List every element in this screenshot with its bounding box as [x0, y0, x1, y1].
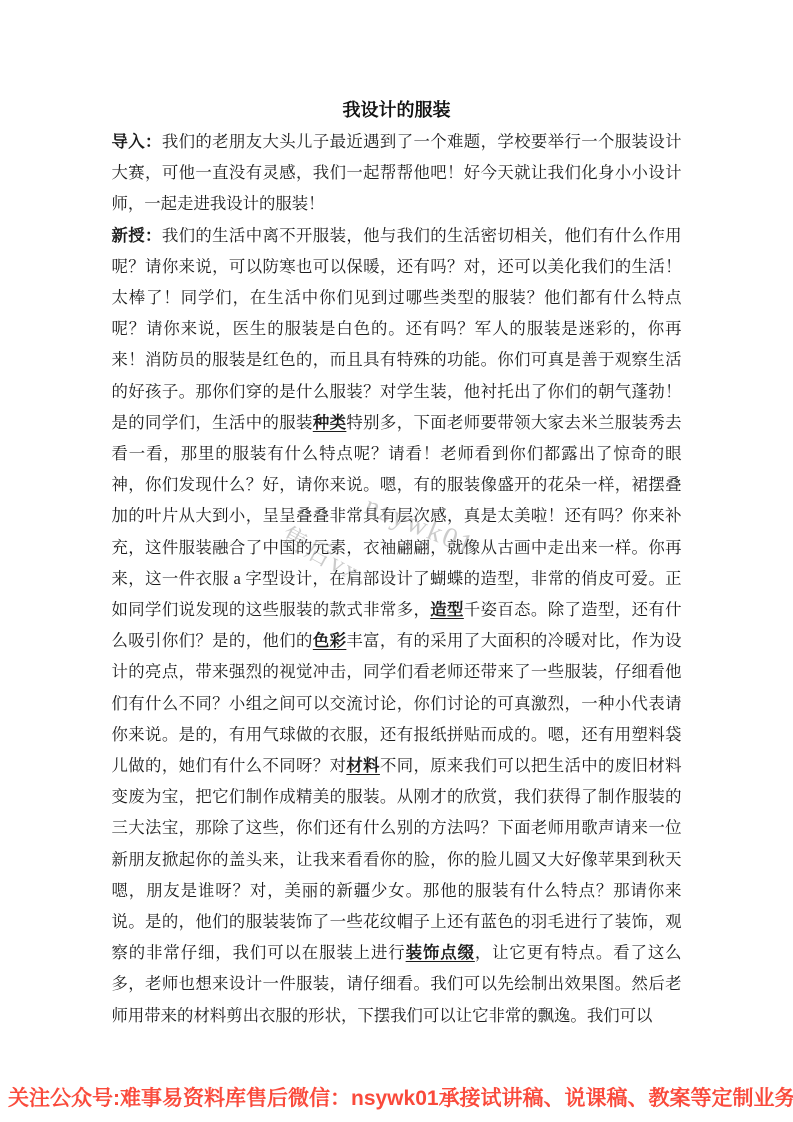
paragraph: 新授：我们的生活中离不开服装，他与我们的生活密切相关，他们有什么作用呢？请你来说…: [112, 220, 682, 1031]
text-run: 我们的老朋友大头儿子最近遇到了一个难题，学校要举行一个服装设计大赛，可他一直没有…: [112, 132, 682, 213]
footer-banner: 关注公众号:难事易资料库 售后微信：nsywk01 承接试讲稿、说课稿、教案等定…: [8, 1082, 787, 1112]
text-run: 我们的生活中离不开服装，他与我们的生活密切相关，他们有什么作用呢？请你来说，可以…: [112, 226, 682, 432]
footer-segment-wechat-id: 售后微信：nsywk01: [246, 1082, 439, 1112]
document-page: 我设计的服装 导入：我们的老朋友大头儿子最近遇到了一个难题，学校要举行一个服装设…: [0, 0, 793, 1122]
keyword-highlight: 材料: [346, 756, 380, 775]
keyword-highlight: 种类: [313, 413, 347, 432]
keyword-highlight: 装饰点缀: [406, 943, 475, 962]
paragraph: 导入：我们的老朋友大头儿子最近遇到了一个难题，学校要举行一个服装设计大赛，可他一…: [112, 126, 682, 220]
page-title: 我设计的服装: [0, 0, 793, 126]
footer-segment-services: 承接试讲稿、说课稿、教案等定制业务: [439, 1082, 793, 1112]
keyword-highlight: 造型: [430, 600, 464, 619]
document-body: 导入：我们的老朋友大头儿子最近遇到了一个难题，学校要举行一个服装设计大赛，可他一…: [112, 126, 682, 1031]
footer-segment-public-account: 关注公众号:难事易资料库: [8, 1082, 246, 1112]
text-run: 丰富，有的采用了大面积的冷暖对比，作为设计的亮点，带来强烈的视觉冲击，同学们看老…: [112, 631, 682, 775]
text-run: 不同，原来我们可以把生活中的废旧材料变废为宝，把它们制作成精美的服装。从刚才的欣…: [112, 756, 682, 962]
lead-in-label: 导入：: [112, 132, 162, 151]
text-run: 特别多，下面老师要带领大家去米兰服装秀去看一看，那里的服装有什么特点呢？请看！老…: [112, 413, 682, 619]
keyword-highlight: 色彩: [313, 631, 347, 650]
lead-in-label: 新授：: [112, 226, 162, 245]
